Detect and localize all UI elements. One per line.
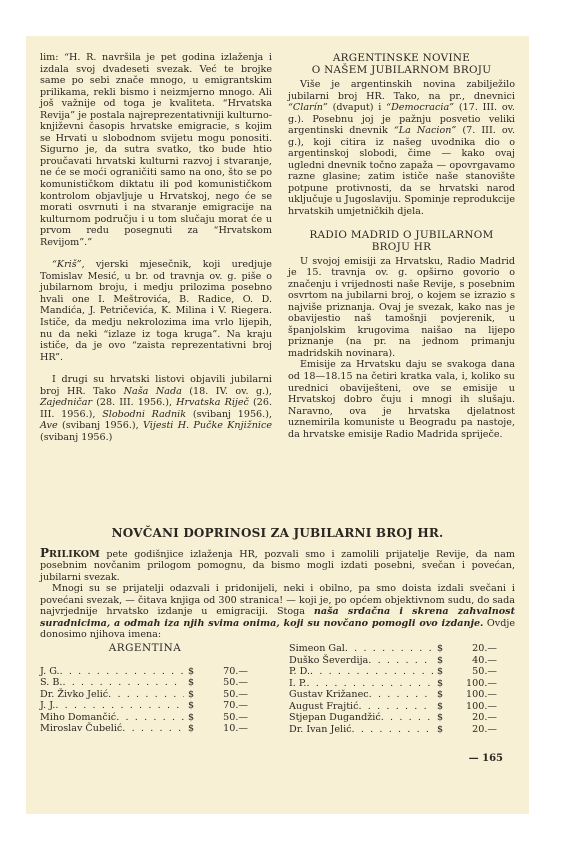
contributions-section: NOVČANI DOPRINOSI ZA JUBILARNI BROJ HR. … <box>40 528 515 641</box>
kriz-text: , vjerski mjesečnik, koji uredjuje Tomis… <box>40 259 272 362</box>
donor-list-left: ARGENTINA J. G. . . . . . . . . . . . . … <box>40 643 260 735</box>
leader-dots: . . . . . . . . . . . . . . . . . . . . … <box>352 724 433 736</box>
text: (7. III. ov. g.), koji citira iz našeg u… <box>288 125 515 217</box>
section-title: NOVČANI DOPRINOSI ZA JUBILARNI BROJ HR. <box>40 528 515 540</box>
text: (dvaput) i <box>328 102 386 113</box>
donation-amount: 10.— <box>204 723 260 735</box>
text: (svibanj 1956.), <box>58 420 143 431</box>
newspaper-name: “Clarín” <box>288 102 328 113</box>
leader-dots: . . . . . . . . . . . . . . . . . . . . … <box>108 689 184 701</box>
leader-dots: . . . . . . . . . . . . . . . . . . . . … <box>62 677 184 689</box>
radio-madrid-paragraph: U svojoj emisiji za Hrvatsku, Radio Madr… <box>288 256 515 360</box>
donor-name: J. G. <box>40 666 60 678</box>
publication-name: Slobodni Radnik <box>102 409 186 420</box>
drop-cap: P <box>40 546 49 560</box>
publication-name: Vijesti H. Pučke Knjižnice <box>143 420 272 431</box>
publication-name: Ave <box>40 420 58 431</box>
donor-name: P. D. <box>289 666 310 678</box>
donor-name: Dr. Živko Jelić <box>40 689 108 701</box>
page-number: — 165 <box>469 753 503 764</box>
leader-dots: . . . . . . . . . . . . . . . . . . . . … <box>122 723 184 735</box>
donor-name: S. B. <box>40 677 62 689</box>
currency-symbol: $ <box>184 712 204 724</box>
leader-dots: . . . . . . . . . . . . . . . . . . . . … <box>345 643 433 655</box>
currency-symbol: $ <box>184 666 204 678</box>
other-papers-paragraph: I drugi su hrvatski listovi objavili jub… <box>40 374 272 443</box>
newspaper-name: “Democracia” <box>386 102 454 113</box>
book-page: lim: “H. R. navršila je pet godina izlaž… <box>26 36 529 814</box>
currency-symbol: $ <box>433 678 453 690</box>
leader-dots: . . . . . . . . . . . . . . . . . . . . … <box>60 666 184 678</box>
heading-line: BROJU HR <box>372 241 432 253</box>
currency-symbol: $ <box>433 701 453 713</box>
text: (28. III. 1956.), <box>92 397 176 408</box>
text: (svibanj 1956.), <box>186 409 272 420</box>
publication-name: Hrvatska Riječ <box>176 397 249 408</box>
heading-line: RADIO MADRID O JUBILARNOM <box>309 229 493 241</box>
thanks-paragraph: Mnogi su se prijatelji odazvali i pridon… <box>40 583 515 641</box>
leader-dots: . . . . . . . . . . . . . . . . . . . . … <box>55 700 184 712</box>
newspaper-name: “La Nacion” <box>394 125 457 136</box>
donor-row: Gustav Križanec . . . . . . . . . . . . … <box>289 689 509 701</box>
donor-row: Miroslav Čubelić . . . . . . . . . . . .… <box>40 723 260 735</box>
leader-dots: . . . . . . . . . . . . . . . . . . . . … <box>359 701 434 713</box>
donation-amount: 20.— <box>453 712 509 724</box>
donation-amount: 100.— <box>453 701 509 713</box>
donor-row: Simeon Gal . . . . . . . . . . . . . . .… <box>289 643 509 655</box>
broadcast-paragraph: Emisije za Hrvatsku daju se svakoga dana… <box>288 359 515 440</box>
currency-symbol: $ <box>184 689 204 701</box>
text: (svibanj 1956.) <box>40 432 112 443</box>
currency-symbol: $ <box>433 712 453 724</box>
donor-name: Miroslav Čubelić <box>40 723 122 735</box>
donor-row: J. G. . . . . . . . . . . . . . . . . . … <box>40 666 260 678</box>
currency-symbol: $ <box>433 643 453 655</box>
left-column: lim: “H. R. navršila je pet godina izlaž… <box>40 52 272 444</box>
currency-symbol: $ <box>184 677 204 689</box>
leader-dots: . . . . . . . . . . . . . . . . . . . . … <box>368 655 433 667</box>
quote-paragraph: lim: “H. R. navršila je pet godina izlaž… <box>40 52 272 248</box>
donation-amount: 100.— <box>453 678 509 690</box>
donor-row: S. B. . . . . . . . . . . . . . . . . . … <box>40 677 260 689</box>
donation-amount: 100.— <box>453 689 509 701</box>
donor-name: Dr. Ivan Jelić <box>289 724 352 736</box>
donor-name: Miho Domančić <box>40 712 116 724</box>
lead-word: RILIKOM <box>49 549 100 560</box>
donation-amount: 70.— <box>204 700 260 712</box>
donor-name: Simeon Gal <box>289 643 345 655</box>
heading-line: ARGENTINSKE NOVINE <box>333 52 470 64</box>
donation-amount: 50.— <box>204 689 260 701</box>
country-heading: ARGENTINA <box>40 643 250 655</box>
donor-name: Duško Ševerdija <box>289 655 368 667</box>
leader-dots: . . . . . . . . . . . . . . . . . . . . … <box>381 712 433 724</box>
currency-symbol: $ <box>184 723 204 735</box>
kriz-title: “Kriš” <box>52 259 82 270</box>
intro-paragraph: PRILIKOM pete godišnjice izlaženja HR, p… <box>40 548 515 584</box>
currency-symbol: $ <box>433 689 453 701</box>
donation-amount: 50.— <box>204 712 260 724</box>
donor-row: Miho Domančić . . . . . . . . . . . . . … <box>40 712 260 724</box>
donor-row: I. P. . . . . . . . . . . . . . . . . . … <box>289 678 509 690</box>
donor-row: Dr. Ivan Jelić . . . . . . . . . . . . .… <box>289 724 509 736</box>
currency-symbol: $ <box>184 700 204 712</box>
donor-name: J. J. <box>40 700 55 712</box>
donation-amount: 20.— <box>453 643 509 655</box>
donor-name: August Frajtić <box>289 701 359 713</box>
donor-row: J. J. . . . . . . . . . . . . . . . . . … <box>40 700 260 712</box>
donation-amount: 50.— <box>453 666 509 678</box>
publication-name: Zajedničar <box>40 397 92 408</box>
donor-name: I. P. <box>289 678 306 690</box>
donor-list-right: Simeon Gal . . . . . . . . . . . . . . .… <box>289 643 509 735</box>
donor-row: Dr. Živko Jelić . . . . . . . . . . . . … <box>40 689 260 701</box>
leader-dots: . . . . . . . . . . . . . . . . . . . . … <box>116 712 184 724</box>
argentine-papers-heading: ARGENTINSKE NOVINEO NAŠEM JUBILARNOM BRO… <box>288 52 515 76</box>
donor-row: P. D. . . . . . . . . . . . . . . . . . … <box>289 666 509 678</box>
leader-dots: . . . . . . . . . . . . . . . . . . . . … <box>306 678 433 690</box>
text: pete godišnjice izlaženja HR, pozvali sm… <box>40 549 515 583</box>
donor-name: Gustav Križanec <box>289 689 369 701</box>
donation-amount: 40.— <box>453 655 509 667</box>
radio-madrid-heading: RADIO MADRID O JUBILARNOMBROJU HR <box>288 229 515 253</box>
donor-row: Duško Ševerdija . . . . . . . . . . . . … <box>289 655 509 667</box>
currency-symbol: $ <box>433 724 453 736</box>
argentine-papers-paragraph: Više je argentinskih novina zabilježilo … <box>288 79 515 218</box>
donation-amount: 20.— <box>453 724 509 736</box>
donation-amount: 70.— <box>204 666 260 678</box>
publication-name: Naša Nada <box>124 386 182 397</box>
right-column: ARGENTINSKE NOVINEO NAŠEM JUBILARNOM BRO… <box>288 52 515 440</box>
donor-row: Stjepan Dugandžić . . . . . . . . . . . … <box>289 712 509 724</box>
currency-symbol: $ <box>433 666 453 678</box>
donation-amount: 50.— <box>204 677 260 689</box>
text: (18. IV. ov. g.), <box>182 386 272 397</box>
heading-line: O NAŠEM JUBILARNOM BROJU <box>312 64 492 76</box>
leader-dots: . . . . . . . . . . . . . . . . . . . . … <box>310 666 433 678</box>
leader-dots: . . . . . . . . . . . . . . . . . . . . … <box>369 689 433 701</box>
currency-symbol: $ <box>433 655 453 667</box>
donor-name: Stjepan Dugandžić <box>289 712 381 724</box>
text: Više je argentinskih novina zabilježilo … <box>288 79 515 102</box>
kriz-paragraph: “Kriš”, vjerski mjesečnik, koji uredjuje… <box>40 259 272 363</box>
donor-row: August Frajtić . . . . . . . . . . . . .… <box>289 701 509 713</box>
